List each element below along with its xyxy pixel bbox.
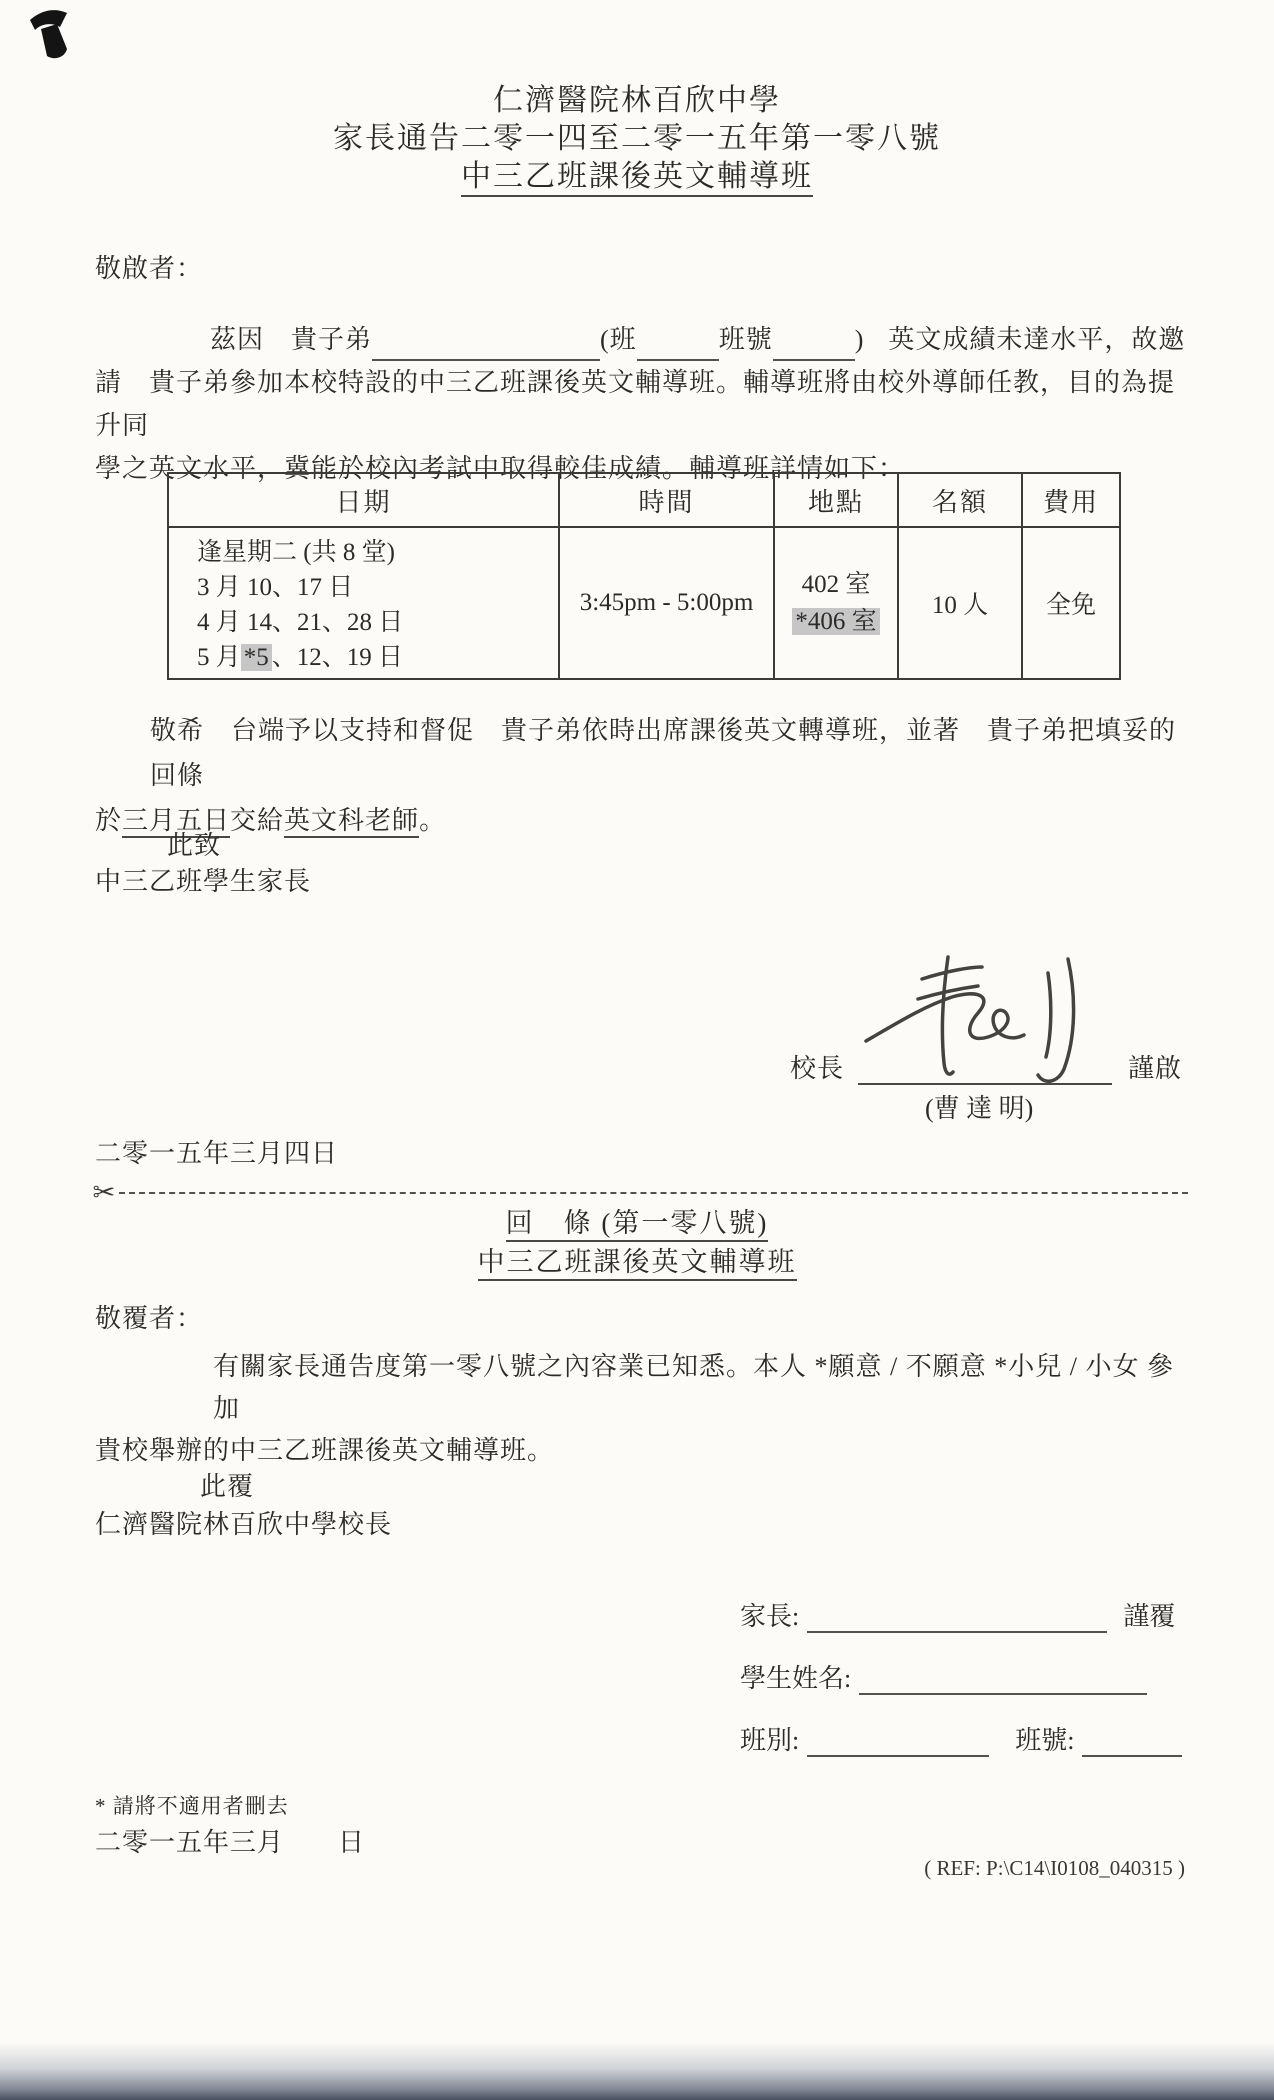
reply-title: 回 條 (第一零八號) <box>0 1204 1274 1243</box>
notice-title-text: 中三乙班課後英文輔導班 <box>461 160 813 197</box>
date-line: 3 月 10、17 日 <box>197 570 558 605</box>
parent-field-row: 家長: 謹覆 <box>740 1596 1175 1633</box>
highlighted-date: *5 <box>241 644 272 671</box>
reply-paragraph: 有關家長通告度第一零八號之內容業已知悉。本人 *願意 / 不願意 *小兒 / 小… <box>95 1346 1189 1472</box>
table-header-time: 時間 <box>558 474 773 528</box>
salutation: 敬啟者： <box>95 248 203 285</box>
para1-paren-class: (班 <box>600 325 637 354</box>
table-header-date: 日期 <box>169 474 558 528</box>
date-line: 4 月 14、21、28 日 <box>197 605 558 640</box>
parent-label: 家長: <box>740 1596 799 1633</box>
paragraph-line: 敬希 台端予以支持和督促 貴子弟依時出席課後英文轉導班，並著 貴子弟把填妥的回條 <box>95 708 1189 798</box>
reply-slip-header: 回 條 (第一零八號) 中三乙班課後英文輔導班 <box>0 1204 1274 1282</box>
classno-label: 班號: <box>1015 1720 1074 1757</box>
paragraph-line: 貴校舉辦的中三乙班課後英文輔導班。 <box>95 1430 1189 1472</box>
table-cell-dates: 逢星期二 (共 8 堂) 3 月 10、17 日 4 月 14、21、28 日 … <box>169 528 558 678</box>
class-label: 班別: <box>740 1720 799 1757</box>
letterhead: 仁濟醫院林百欣中學 家長通告二零一四至二零一五年第一零八號 中三乙班課後英文輔導… <box>0 82 1274 196</box>
footnote: * 請將不適用者刪去 <box>95 1790 289 1820</box>
table-cell-quota: 10 人 <box>897 528 1021 678</box>
signature-line <box>858 1053 1112 1085</box>
para1-tail: 英文成績未達水平，故邀 <box>888 325 1185 354</box>
handwritten-signature <box>852 945 1118 1091</box>
signature-closing: 謹啟 <box>1128 1048 1182 1085</box>
para1-paren-close: ) <box>855 325 865 354</box>
blank-parent-signature <box>807 1601 1107 1633</box>
table-cell-location: 402 室 *406 室 <box>773 528 897 678</box>
scanned-notice-page: 仁濟醫院林百欣中學 家長通告二零一四至二零一五年第一零八號 中三乙班課後英文輔導… <box>0 0 1274 2100</box>
blank-class-field <box>807 1725 989 1757</box>
school-name: 仁濟醫院林百欣中學 <box>0 82 1274 120</box>
paragraph-line: 請 貴子弟參加本校特設的中三乙班課後英文輔導班。輔導班將由校外導師任教，目的為提… <box>95 361 1189 447</box>
reply-recipient: 仁濟醫院林百欣中學校長 <box>95 1504 392 1541</box>
table-header-location: 地點 <box>773 474 897 528</box>
opening-paragraph: 茲因 貴子弟(班班號)英文成績未達水平，故邀 請 貴子弟參加本校特設的中三乙班課… <box>95 318 1189 490</box>
paragraph-line: 有關家長通告度第一零八號之內容業已知悉。本人 *願意 / 不願意 *小兒 / 小… <box>95 1346 1189 1430</box>
blank-classno-field <box>1082 1725 1182 1757</box>
reply-valediction: 此覆 <box>200 1466 254 1503</box>
para1-classno-label: 班號 <box>719 325 773 354</box>
room-line: 402 室 <box>802 566 871 603</box>
valediction-block: 此致 中三乙班學生家長 <box>95 828 311 900</box>
student-field-row: 學生姓名: <box>740 1658 1147 1695</box>
dashed-line <box>119 1192 1188 1194</box>
highlighted-room: *406 室 <box>792 608 879 635</box>
signature-row: 校長 謹啟 <box>790 1048 1182 1085</box>
date-line: 5 月*5、12、19 日 <box>197 640 558 675</box>
principal-name: (曹 達 明) <box>925 1088 1033 1125</box>
principal-label: 校長 <box>790 1048 844 1085</box>
reference-number: ( REF: P:\C14\I0108_040315 ) <box>924 1856 1185 1881</box>
scan-corner-mark <box>26 4 72 67</box>
date-line-suffix: 、12、19 日 <box>272 644 403 671</box>
reply-date: 二零一五年三月 日 <box>95 1822 365 1859</box>
reply-salutation: 敬覆者： <box>95 1298 203 1335</box>
schedule-table: 日期 時間 地點 名額 費用 逢星期二 (共 8 堂) 3 月 10、17 日 … <box>167 472 1121 680</box>
reply-title-text: 回 條 (第一零八號) <box>506 1208 769 1242</box>
notice-recipient: 中三乙班學生家長 <box>95 864 311 900</box>
valediction: 此致 <box>95 828 311 864</box>
student-name-label: 學生姓名: <box>740 1658 851 1695</box>
parent-closing: 謹覆 <box>1123 1596 1175 1633</box>
paragraph-line: 茲因 貴子弟(班班號)英文成績未達水平，故邀 <box>95 318 1189 361</box>
table-header-quota: 名額 <box>897 474 1021 528</box>
blank-student-fullname <box>859 1663 1147 1695</box>
para1-lead: 茲因 貴子弟 <box>210 325 372 354</box>
closing-paragraph: 敬希 台端予以支持和督促 貴子弟依時出席課後英文轉導班，並著 貴子弟把填妥的回條… <box>95 708 1189 843</box>
reply-subtitle: 中三乙班課後英文輔導班 <box>0 1243 1274 1282</box>
notice-title: 中三乙班課後英文輔導班 <box>0 158 1274 196</box>
date-line: 逢星期二 (共 8 堂) <box>197 535 558 570</box>
room-line: *406 室 <box>792 603 879 640</box>
notice-number: 家長通告二零一四至二零一五年第一零八號 <box>0 120 1274 158</box>
table-cell-time: 3:45pm - 5:00pm <box>558 528 773 678</box>
blank-class-number <box>773 333 855 361</box>
date-line-prefix: 5 月 <box>197 644 241 671</box>
reply-subtitle-text: 中三乙班課後英文輔導班 <box>478 1247 797 1281</box>
scan-bottom-edge <box>0 2042 1274 2100</box>
p2-end: 。 <box>419 806 446 835</box>
blank-class <box>637 333 719 361</box>
table-cell-fee: 全免 <box>1021 528 1119 678</box>
notice-date: 二零一五年三月四日 <box>95 1133 338 1170</box>
class-field-row: 班別: 班號: <box>740 1720 1182 1757</box>
blank-student-name <box>372 333 600 361</box>
table-header-fee: 費用 <box>1021 474 1119 528</box>
